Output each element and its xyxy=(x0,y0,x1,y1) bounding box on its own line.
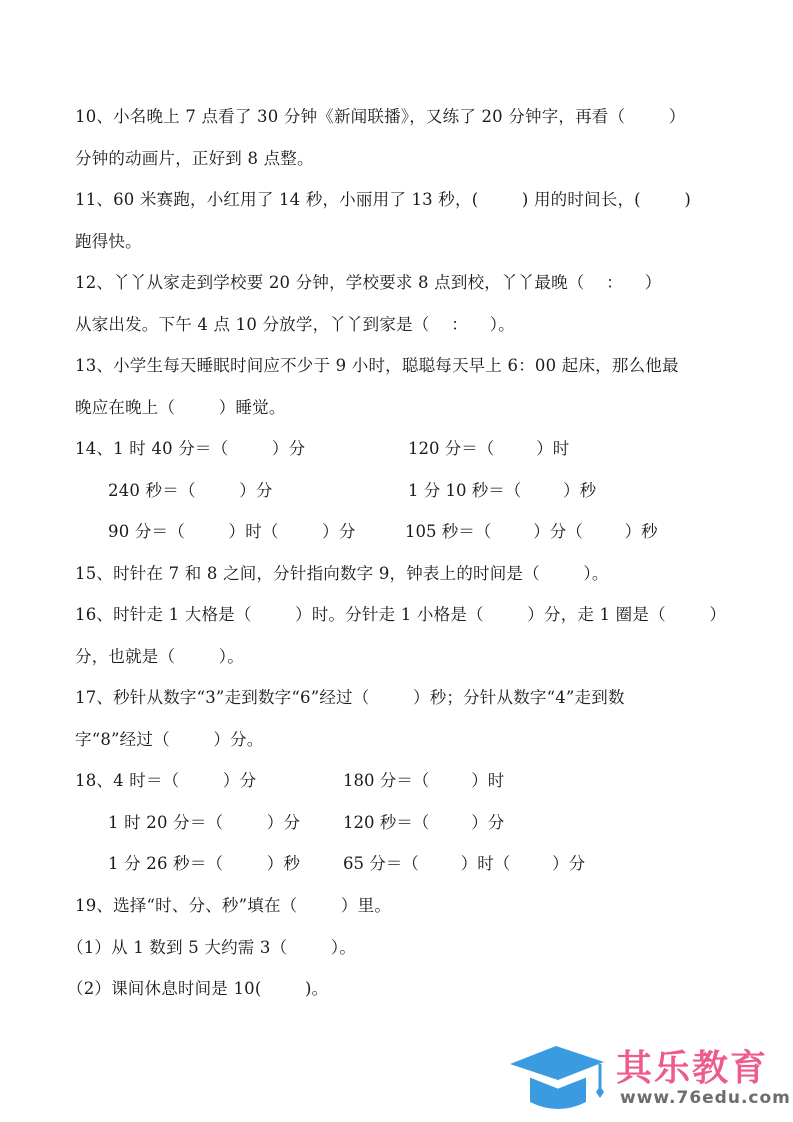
q18-row2-left: 1 时 20 分＝（ ）分 xyxy=(108,812,300,834)
q18-row3-left: 1 分 26 秒＝（ ）秒 xyxy=(108,853,300,875)
q16-line2: 分，也就是（ ）。 xyxy=(75,646,244,668)
q19-sub2: （2）课间休息时间是 10( )。 xyxy=(67,978,328,1000)
q12-line1: 12、丫丫从家走到学校要 20 分钟，学校要求 8 点到校，丫丫最晚（ ： ） xyxy=(75,272,661,294)
q19-line1: 19、选择“时、分、秒”填在（ ）里。 xyxy=(75,895,391,917)
q14-row3-left: 90 分＝（ ）时（ ）分 xyxy=(108,521,356,543)
q17-line2: 字“8”经过（ ）分。 xyxy=(75,729,263,751)
q12-line2: 从家出发。下午 4 点 10 分放学，丫丫到家是（ ： ）。 xyxy=(75,314,515,336)
q11-line2: 跑得快。 xyxy=(75,231,142,253)
q19-sub1: （1）从 1 数到 5 大约需 3（ ）。 xyxy=(67,937,356,959)
q10-line2: 分钟的动画片，正好到 8 点整。 xyxy=(75,148,314,170)
q14-row2-right: 1 分 10 秒＝（ ）秒 xyxy=(408,480,596,502)
watermark-logo: 其乐教育 www.76edu.com xyxy=(508,1040,788,1115)
q11-line1: 11、60 米赛跑，小红用了 14 秒，小丽用了 13 秒，( ) 用的时间长，… xyxy=(75,189,691,211)
q13-line2: 晚应在晚上（ ）睡觉。 xyxy=(75,397,286,419)
watermark-title: 其乐教育 xyxy=(616,1040,768,1091)
q18-row2-right: 120 秒＝（ ）分 xyxy=(343,812,504,834)
graduation-cap-icon xyxy=(508,1042,608,1114)
q14-row2-left: 240 秒＝（ ）分 xyxy=(108,480,273,502)
q13-line1: 13、小学生每天睡眠时间应不少于 9 小时，聪聪每天早上 6：00 起床，那么他… xyxy=(75,355,679,377)
q18-row3-right: 65 分＝（ ）时（ ）分 xyxy=(343,853,585,875)
q18-row1-right: 180 分＝（ ）时 xyxy=(343,770,504,792)
q10-line1: 10、小名晚上 7 点看了 30 分钟《新闻联播》，又练了 20 分钟字，再看（… xyxy=(75,106,685,128)
q16-line1: 16、时针走 1 大格是（ ）时。分针走 1 小格是（ ）分，走 1 圈是（ ） xyxy=(75,604,726,626)
q15-line1: 15、时针在 7 和 8 之间，分针指向数字 9，钟表上的时间是（ ）。 xyxy=(75,563,609,585)
q14-row3-right: 105 秒＝（ ）分（ ）秒 xyxy=(405,521,658,543)
watermark-url: www.76edu.com xyxy=(620,1088,791,1108)
q17-line1: 17、秒针从数字“3”走到数字“6”经过（ ）秒；分针从数字“4”走到数 xyxy=(75,687,625,709)
q18-row1-left: 18、4 时＝（ ）分 xyxy=(75,770,256,792)
q14-row1-right: 120 分＝（ ）时 xyxy=(408,438,569,460)
q14-row1-left: 14、1 时 40 分＝（ ）分 xyxy=(75,438,305,460)
